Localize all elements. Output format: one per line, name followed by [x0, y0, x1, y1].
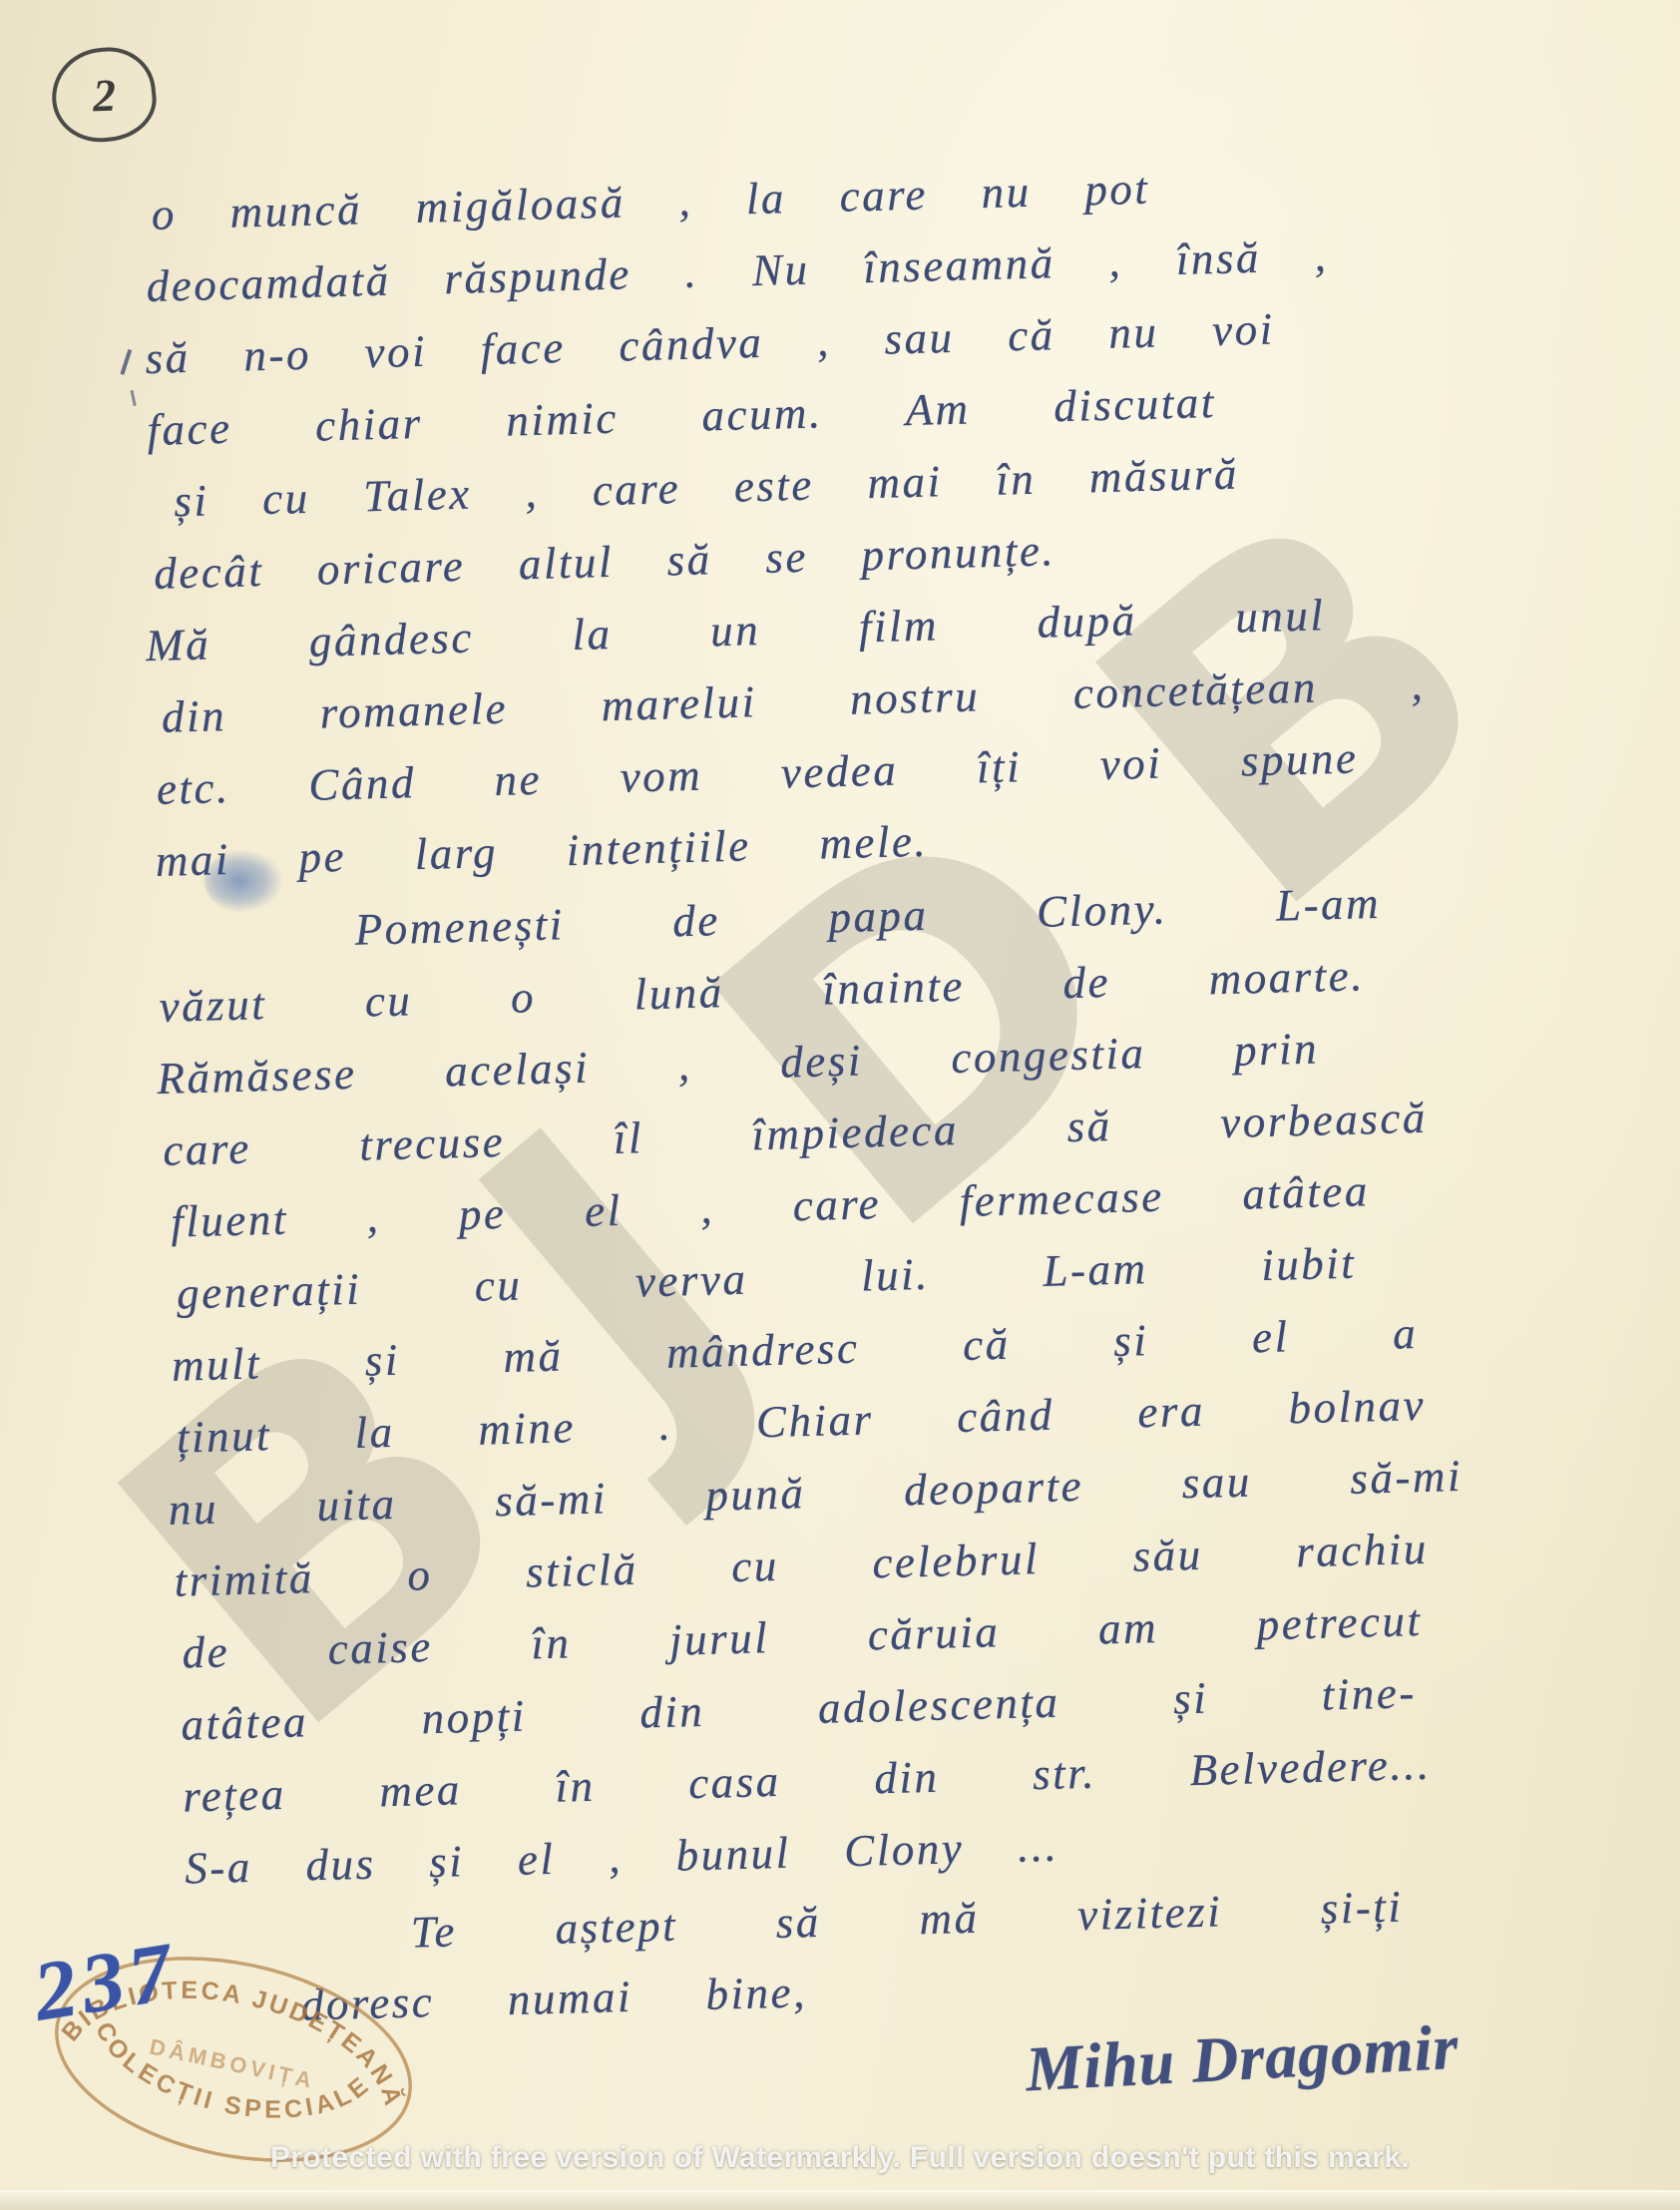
letter-line: să n-o voi face cândva , sau că nu voi	[145, 302, 1275, 384]
letter-line: etc. Când ne vom vedea îți voi spune	[156, 731, 1359, 815]
letter-line: Pomenești de papa Clony. L-am	[354, 877, 1382, 956]
letter-line: din romanele marelui nostru concetățean …	[161, 659, 1425, 743]
letter-line: Te aștept să mă vizitezi și-ți	[410, 1881, 1404, 1959]
letter-line: mult și mă mândresc că și el a	[171, 1307, 1418, 1392]
letter-line: rețea mea în casa din str. Belvedere...	[183, 1738, 1432, 1823]
letter-line: atâtea nopți din adolescența și tine-	[181, 1666, 1418, 1750]
letter-line: și cu Talex , care este mai în măsură	[174, 447, 1240, 527]
letter-line: Rămăsese același , deși congestia prin	[157, 1023, 1320, 1105]
letter-line: fluent , pe el , care fermecase atâtea	[171, 1164, 1371, 1247]
letter-line: văzut cu o lună înainte de moarte.	[159, 949, 1366, 1033]
letter-line: trimită o sticlă cu celebrul său rachiu	[174, 1523, 1429, 1607]
letter-line: face chiar nimic acum. Am discutat	[147, 376, 1217, 456]
letter-line: deocamdată răspunde . Nu înseamnă , însă…	[146, 229, 1329, 312]
letter-line: de caise în jurul căruia am petrecut	[182, 1594, 1423, 1679]
letter-line: ținut la mine . Chiar când era bolnav	[176, 1379, 1426, 1464]
letter-line: S-a dus și el , bunul Clony ...	[185, 1820, 1059, 1895]
letter-line: Mă gândesc la un film după unul	[145, 589, 1325, 671]
letter-line: decât oricare altul să se pronunțe.	[154, 524, 1056, 600]
letter-line: o muncă migăloasă , la care nu pot	[151, 163, 1150, 240]
handwritten-letter-text: o muncă migăloasă , la care nu pot deoca…	[0, 0, 1680, 2210]
scanned-letter-page: BJDB 2 o muncă migăloasă , la care nu po…	[0, 0, 1680, 2210]
letter-line: generații cu verva lui. L-am iubit	[176, 1237, 1356, 1320]
letter-line: care trecuse îl împiedeca să vorbească	[163, 1092, 1429, 1176]
watermarkly-notice: Protected with free version of Watermark…	[0, 2141, 1680, 2175]
letter-line: nu uita să-mi pună deoparte sau să-mi	[168, 1450, 1463, 1536]
ink-smudge	[205, 850, 282, 912]
scan-bottom-edge	[0, 2190, 1680, 2210]
